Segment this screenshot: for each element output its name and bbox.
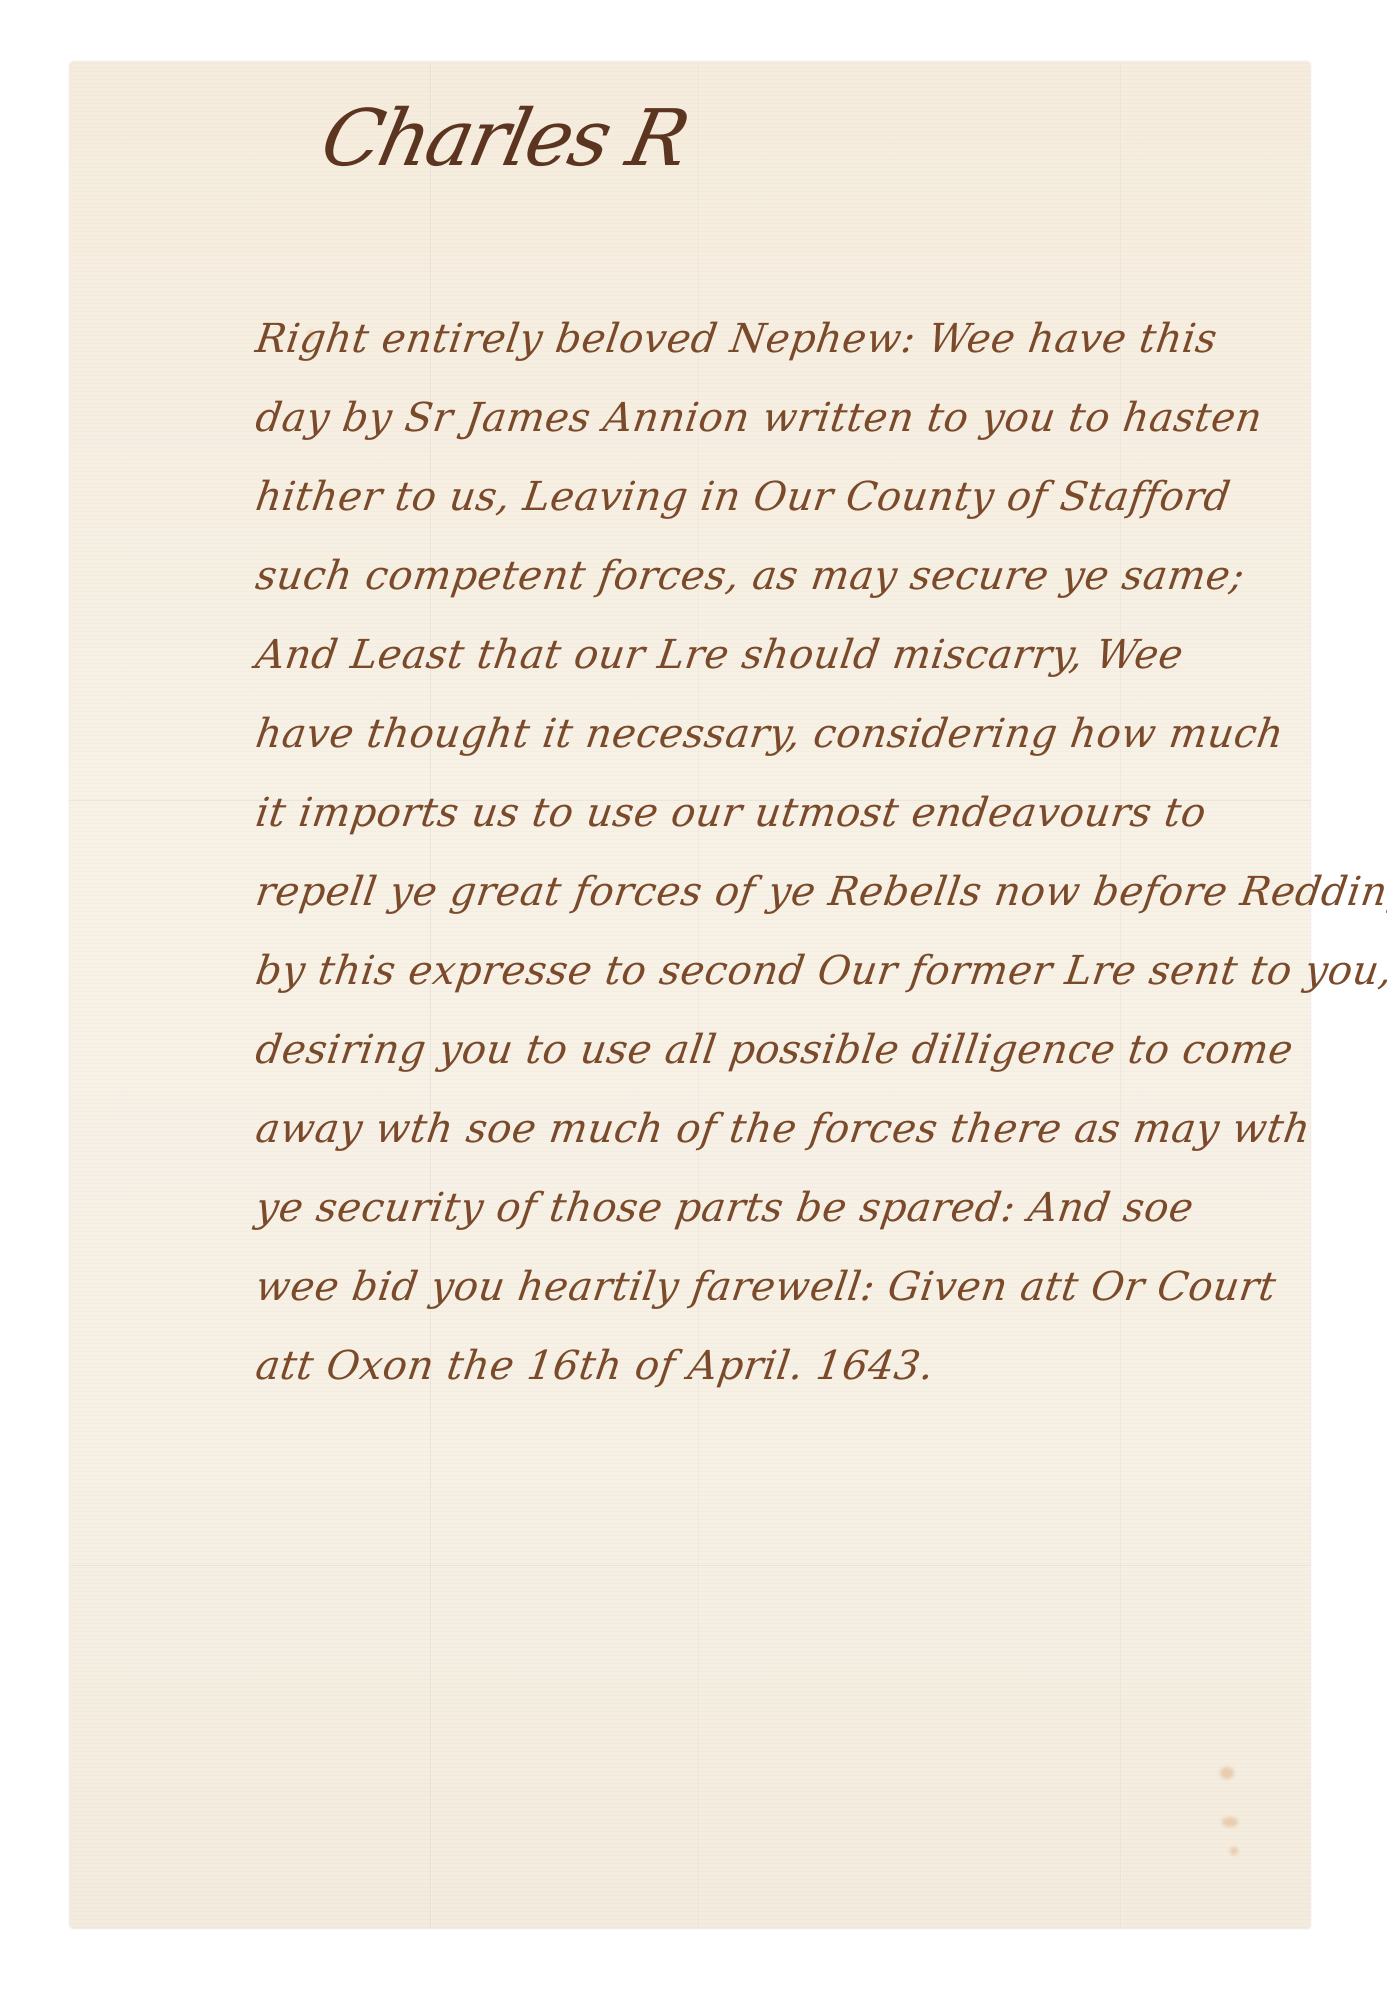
letter-line: wee bid you heartily farewell: Given att…	[250, 1248, 1321, 1327]
letter-line: And Least that our Lre should miscarry, …	[250, 616, 1321, 695]
letter-line: by this expresse to second Our former Lr…	[250, 932, 1321, 1011]
foxing-stain	[1220, 1767, 1234, 1779]
letter-line: such competent forces, as may secure ye …	[250, 537, 1321, 616]
letter-body: Right entirely beloved Nephew: Wee have …	[256, 300, 1316, 1406]
letter-line: have thought it necessary, considering h…	[250, 695, 1321, 774]
letter-line: away wth soe much of the forces there as…	[250, 1090, 1321, 1169]
letter-line-dateline: att Oxon the 16th of April. 1643.	[250, 1327, 1321, 1406]
royal-signature: Charles R	[315, 100, 693, 178]
letter-line: Right entirely beloved Nephew: Wee have …	[250, 300, 1321, 379]
letter-line: desiring you to use all possible dillige…	[250, 1011, 1321, 1090]
foxing-stain	[1230, 1847, 1238, 1855]
letter-line: day by Sr James Annion written to you to…	[250, 379, 1321, 458]
letter-line: it imports us to use our utmost endeavou…	[250, 774, 1321, 853]
letter-line: hither to us, Leaving in Our County of S…	[250, 458, 1321, 537]
letter-line: repell ye great forces of ye Rebells now…	[250, 853, 1321, 932]
letter-line: ye security of those parts be spared: An…	[250, 1169, 1321, 1248]
foxing-stain	[1222, 1817, 1238, 1827]
fold-line-horizontal-lower	[70, 1565, 1310, 1567]
